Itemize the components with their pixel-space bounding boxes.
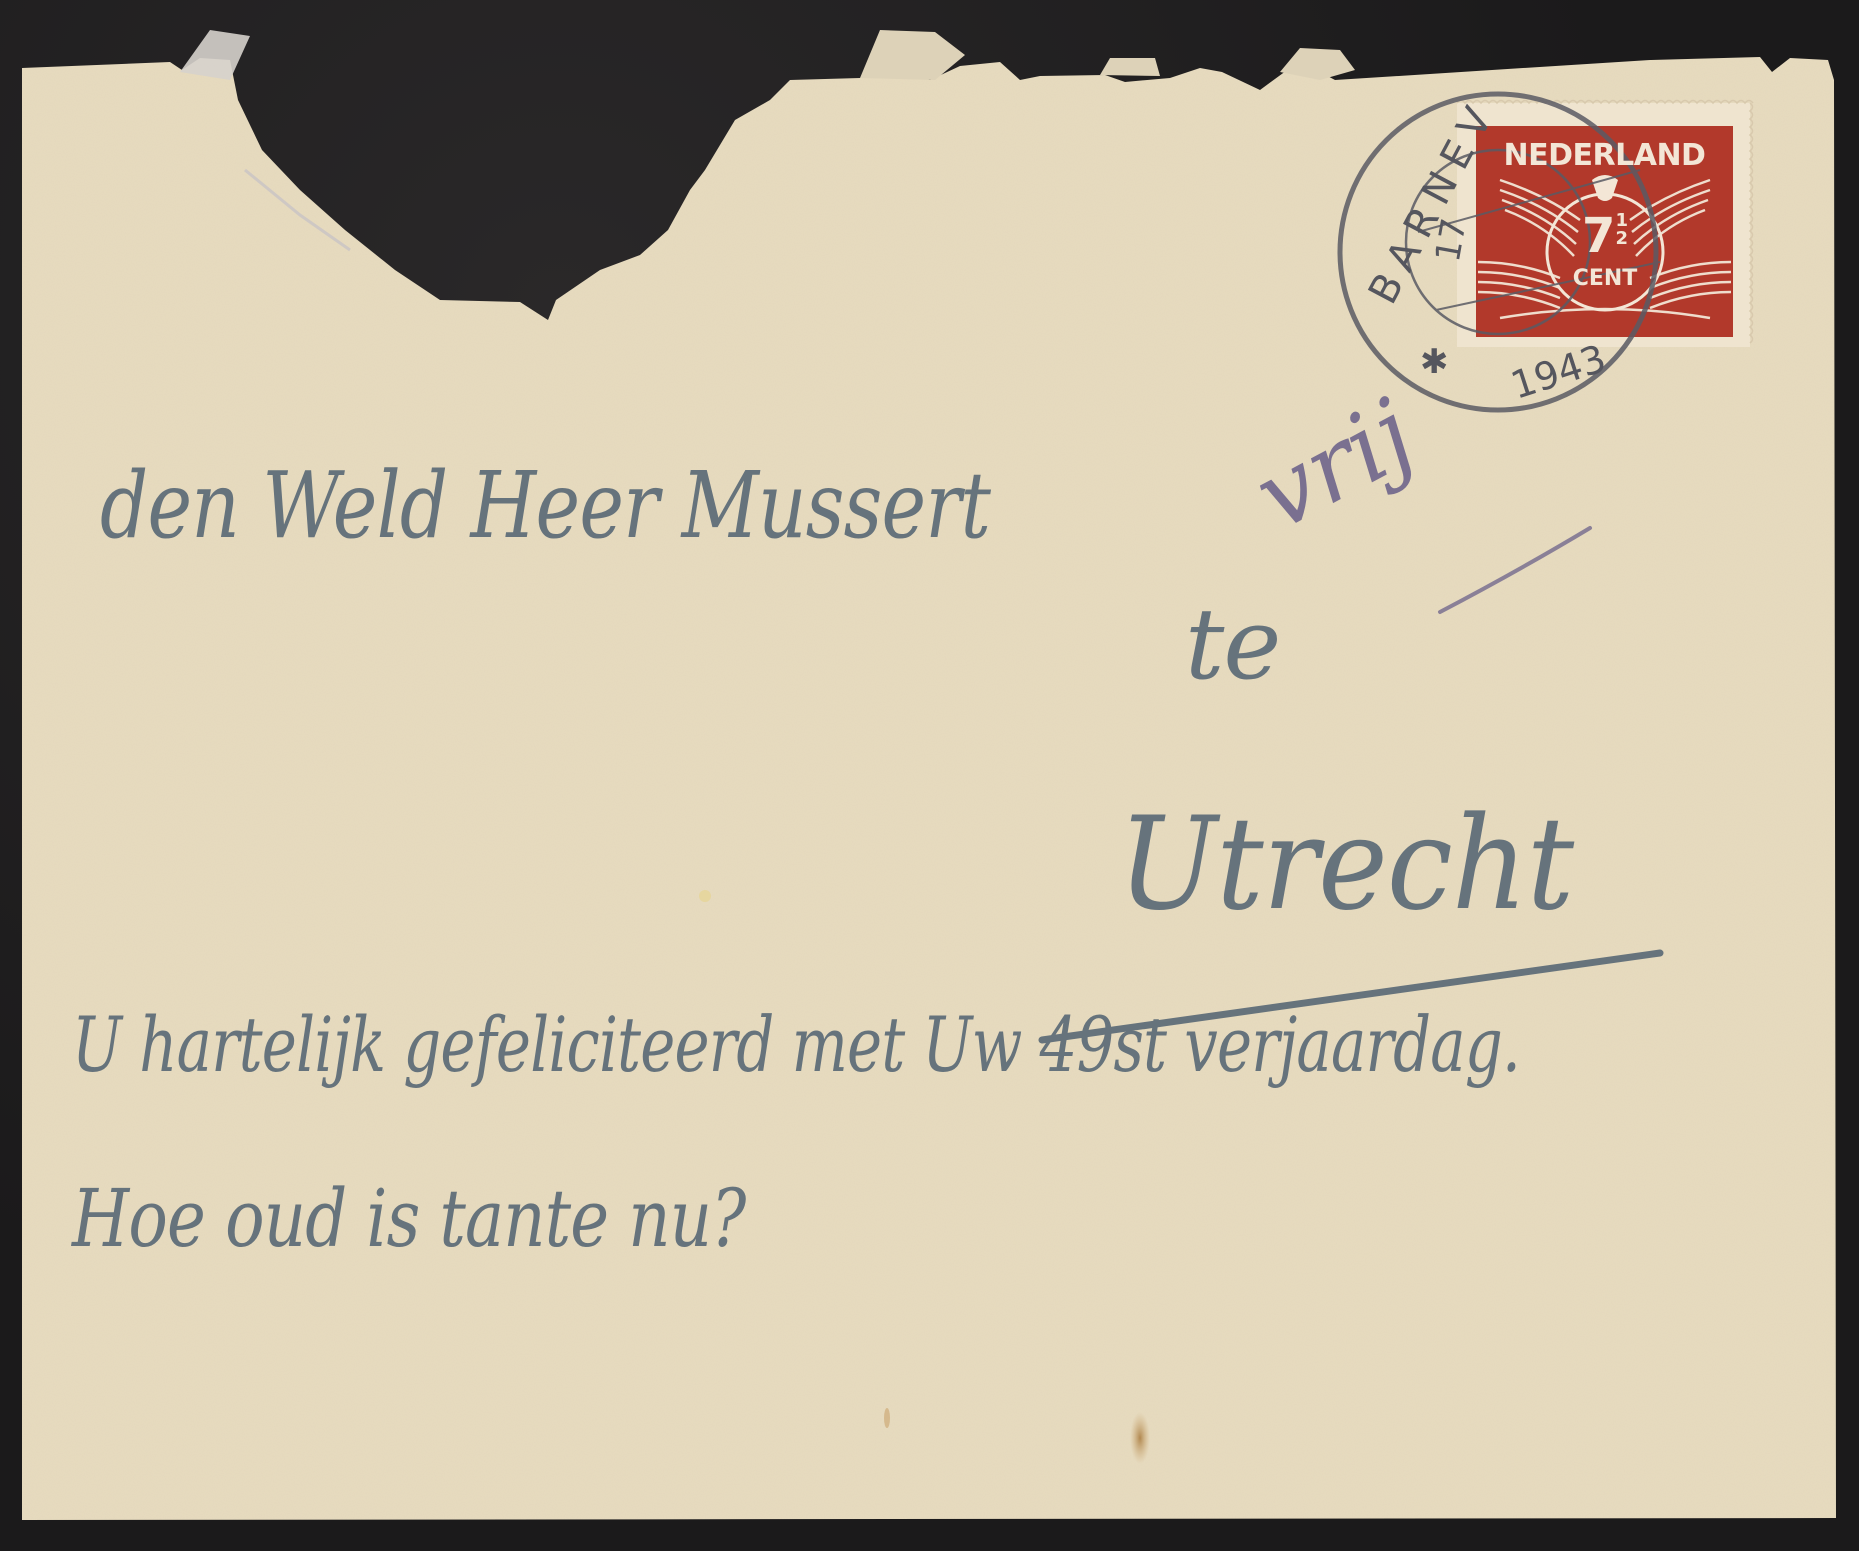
city-underline: [0, 0, 1859, 1551]
message-line-1: U hartelijk gefeliciteerd met Uw 49st ve…: [72, 1000, 1520, 1089]
message-line-2: Hoe oud is tante nu?: [72, 1172, 745, 1265]
